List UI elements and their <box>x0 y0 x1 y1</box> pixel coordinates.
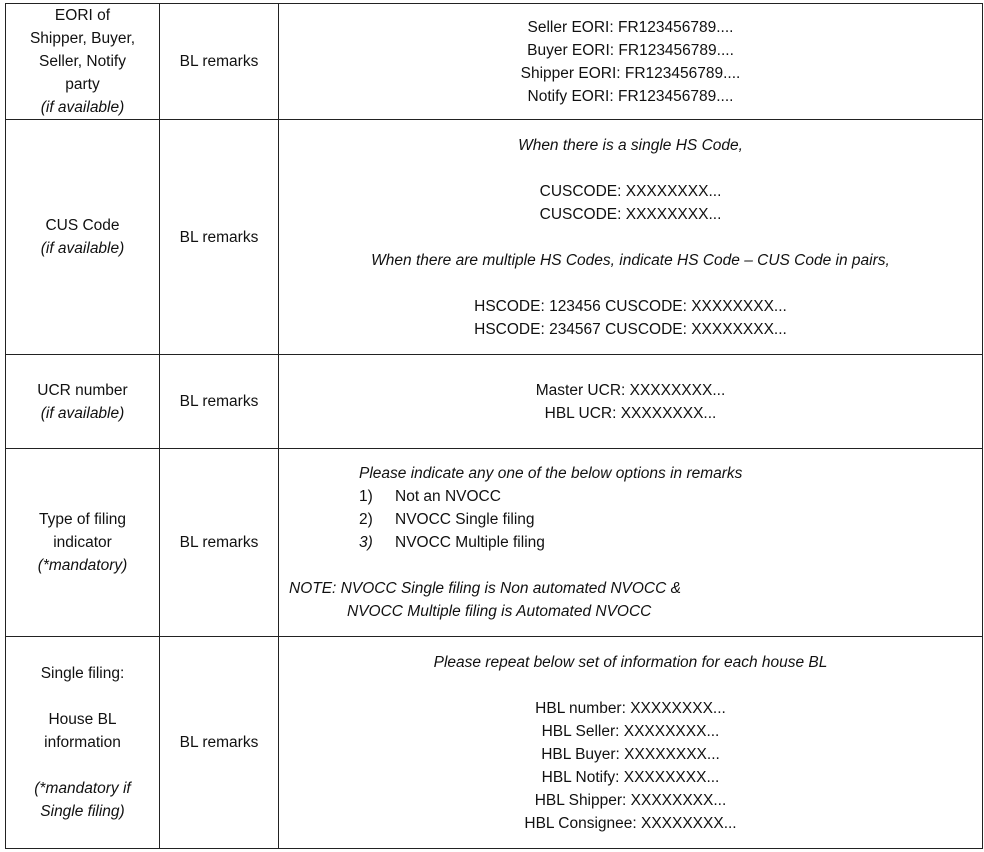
instruction-text: Please repeat below set of information f… <box>283 651 978 674</box>
instruction-text: Please indicate any one of the below opt… <box>359 462 978 485</box>
format-cell: Master UCR: XXXXXXXX... HBL UCR: XXXXXXX… <box>279 355 983 449</box>
location-cell: BL remarks <box>160 355 279 449</box>
format-line: Shipper EORI: FR123456789.... <box>283 62 978 85</box>
format-line: HBL number: XXXXXXXX... <box>283 697 978 720</box>
format-line: Seller EORI: FR123456789.... <box>283 16 978 39</box>
field-label: EORI of <box>10 4 155 27</box>
field-label: indicator <box>10 531 155 554</box>
table-row-cus-code: CUS Code (if available) BL remarks When … <box>6 120 983 355</box>
option-item: 3) NVOCC Multiple filing <box>359 531 978 554</box>
option-number: 2) <box>359 508 395 531</box>
location-cell: BL remarks <box>160 449 279 637</box>
format-line: HBL UCR: XXXXXXXX... <box>283 402 978 425</box>
field-cell: Single filing: House BL information (*ma… <box>6 637 160 849</box>
format-line: HBL Buyer: XXXXXXXX... <box>283 743 978 766</box>
note-text: NVOCC Multiple filing is Automated NVOCC <box>283 600 978 623</box>
field-cell: EORI of Shipper, Buyer, Seller, Notify p… <box>6 4 160 120</box>
option-label: Not an NVOCC <box>395 485 501 508</box>
option-number: 1) <box>359 485 395 508</box>
field-label: Type of filing <box>10 508 155 531</box>
field-title: Single filing: <box>10 662 155 685</box>
location-cell: BL remarks <box>160 4 279 120</box>
option-item: 1) Not an NVOCC <box>359 485 978 508</box>
field-label: information <box>10 731 155 754</box>
location-cell: BL remarks <box>160 120 279 355</box>
format-line: HBL Notify: XXXXXXXX... <box>283 766 978 789</box>
option-label: NVOCC Multiple filing <box>395 531 545 554</box>
option-item: 2) NVOCC Single filing <box>359 508 978 531</box>
field-qualifier: (if available) <box>10 96 155 119</box>
format-cell: Please repeat below set of information f… <box>279 637 983 849</box>
field-label: Shipper, Buyer, <box>10 27 155 50</box>
format-line: CUSCODE: XXXXXXXX... <box>283 180 978 203</box>
field-cell: UCR number (if available) <box>6 355 160 449</box>
instruction-text: When there are multiple HS Codes, indica… <box>283 249 978 272</box>
field-cell: CUS Code (if available) <box>6 120 160 355</box>
field-qualifier: (if available) <box>10 237 155 260</box>
bl-remarks-table: EORI of Shipper, Buyer, Seller, Notify p… <box>5 3 983 849</box>
field-label: UCR number <box>10 379 155 402</box>
option-number: 3) <box>359 531 395 554</box>
field-label: party <box>10 73 155 96</box>
field-label: Seller, Notify <box>10 50 155 73</box>
field-cell: Type of filing indicator (*mandatory) <box>6 449 160 637</box>
field-label: House BL <box>10 708 155 731</box>
table-row-ucr: UCR number (if available) BL remarks Mas… <box>6 355 983 449</box>
note-text: NOTE: NVOCC Single filing is Non automat… <box>283 577 978 600</box>
format-line: Master UCR: XXXXXXXX... <box>283 379 978 402</box>
table-row-filing-type: Type of filing indicator (*mandatory) BL… <box>6 449 983 637</box>
field-label: CUS Code <box>10 214 155 237</box>
format-line: HBL Consignee: XXXXXXXX... <box>283 812 978 835</box>
format-line: HBL Shipper: XXXXXXXX... <box>283 789 978 812</box>
format-line: Notify EORI: FR123456789.... <box>283 85 978 108</box>
field-qualifier: (if available) <box>10 402 155 425</box>
format-line: HSCODE: 234567 CUSCODE: XXXXXXXX... <box>283 318 978 341</box>
instruction-text: When there is a single HS Code, <box>283 134 978 157</box>
format-line: CUSCODE: XXXXXXXX... <box>283 203 978 226</box>
location-cell: BL remarks <box>160 637 279 849</box>
format-line: Buyer EORI: FR123456789.... <box>283 39 978 62</box>
field-qualifier: Single filing) <box>10 800 155 823</box>
option-label: NVOCC Single filing <box>395 508 535 531</box>
table-row-eori: EORI of Shipper, Buyer, Seller, Notify p… <box>6 4 983 120</box>
table-row-house-bl: Single filing: House BL information (*ma… <box>6 637 983 849</box>
format-cell: When there is a single HS Code, CUSCODE:… <box>279 120 983 355</box>
format-cell: Please indicate any one of the below opt… <box>279 449 983 637</box>
format-line: HBL Seller: XXXXXXXX... <box>283 720 978 743</box>
field-qualifier: (*mandatory) <box>10 554 155 577</box>
field-qualifier: (*mandatory if <box>10 777 155 800</box>
format-cell: Seller EORI: FR123456789.... Buyer EORI:… <box>279 4 983 120</box>
format-line: HSCODE: 123456 CUSCODE: XXXXXXXX... <box>283 295 978 318</box>
